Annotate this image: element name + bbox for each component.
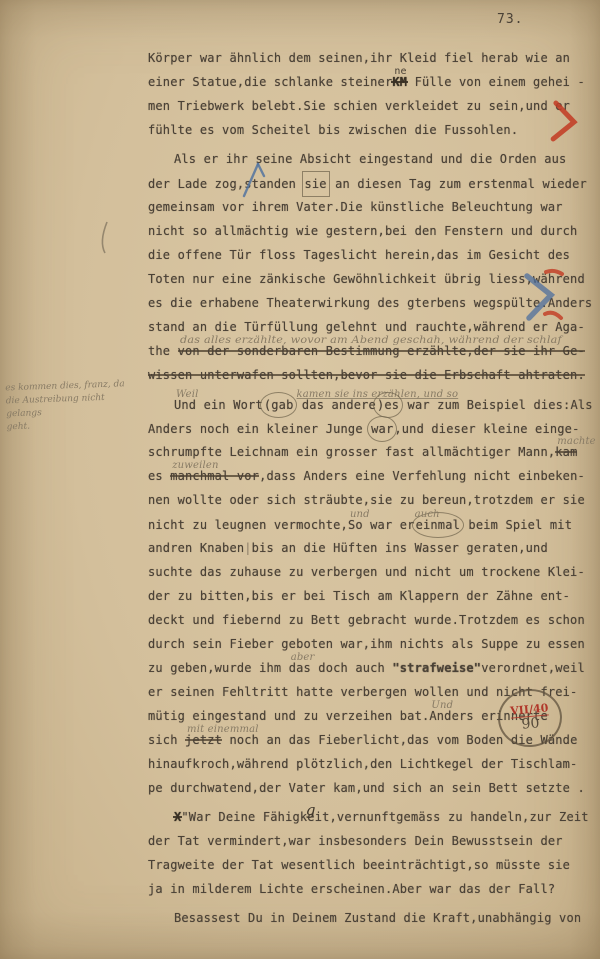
typed-line: deckt und fiebernd zu Bett gebracht wurd… bbox=[148, 608, 584, 632]
typed-line: schrumpfte Leichnam ein grosser fast all… bbox=[148, 440, 584, 464]
typed-segment-strike: jetztmit einemmal bbox=[185, 728, 222, 752]
typed-segment-strike: von der sonderbaren Bestimmung erzählte,… bbox=[178, 339, 585, 363]
typed-line: zu geben,wurde ihm dasaber doch auch "st… bbox=[148, 656, 584, 680]
typed-segment-strike: wissen unterwafen sollten,bevor sie die … bbox=[148, 363, 585, 387]
typescript: Körper war ähnlich dem seinen,ihr Kleid … bbox=[148, 46, 584, 930]
typed-segment: an diesen Tag zum erstenmal wieder bbox=[328, 172, 587, 196]
pencil-stroke-mark bbox=[94, 220, 112, 256]
typed-segment: Sound bbox=[348, 513, 363, 537]
typed-segment-bold: "strafweise" bbox=[392, 656, 481, 680]
typed-segment: schrumpfte Leichnam ein grosser fast all… bbox=[148, 440, 555, 464]
typed-segment-circled: )es bbox=[373, 392, 403, 418]
stamp-number: 90 bbox=[521, 716, 540, 732]
typed-segment-xout: X bbox=[174, 805, 181, 829]
typed-segment: war zum Beispiel dies:Als bbox=[400, 393, 593, 417]
typed-segment-strike: manchmal vorzuweilen bbox=[170, 464, 259, 488]
typed-segment: verordnet,weil bbox=[481, 656, 585, 680]
typed-segment: the bbox=[148, 339, 178, 363]
typed-segment: beim Spiel mit bbox=[461, 513, 572, 537]
paragraph: Körper war ähnlich dem seinen,ihr Kleid … bbox=[148, 46, 584, 142]
paragraph: Besassest Du in Deinem Zustand die Kraft… bbox=[148, 906, 584, 930]
typed-segment: "War Deine Fähig bbox=[181, 805, 299, 829]
typed-segment: einer Statue,die schlanke steiner bbox=[148, 70, 392, 94]
typed-segment: sich bbox=[148, 728, 185, 752]
typed-segment: doch auch bbox=[311, 656, 392, 680]
typed-line: X"War Deine Fähigkeitg,vernunftgemäss zu… bbox=[148, 805, 584, 829]
typed-line: stand an die Türfüllung gelehnt und rauc… bbox=[148, 315, 584, 339]
typed-line: Als er ihr seine Absicht eingestand und … bbox=[148, 147, 584, 171]
typed-segment-boxed: sie bbox=[302, 171, 330, 197]
typed-segment: andren Knaben bbox=[148, 536, 244, 560]
typed-segment: pe durchwatend,der Vater kam,und sich an… bbox=[148, 776, 585, 800]
typed-segment: deckt und fiebernd zu Bett gebracht wurd… bbox=[148, 608, 585, 632]
typed-segment: es die erhabene Theaterwirkung des gterb… bbox=[148, 291, 592, 315]
typed-segment: dasaber bbox=[289, 656, 311, 680]
typed-line: Körper war ähnlich dem seinen,ihr Kleid … bbox=[148, 46, 584, 70]
margin-handwritten-note: es kommen dies, franz, da die Austreibun… bbox=[5, 378, 143, 435]
typed-segment-pmark: | bbox=[244, 536, 251, 560]
typed-segment: ja in milderem Lichte erscheinen.Aber wa… bbox=[148, 877, 555, 901]
typed-segment-circled: (gab bbox=[260, 392, 298, 418]
typed-line: es die erhabene Theaterwirkung des gterb… bbox=[148, 291, 584, 315]
manuscript-page: { "page": { "number": "73." }, "colors":… bbox=[0, 0, 600, 959]
typed-segment: fühlte es vom Scheitel bis zwischen die … bbox=[148, 118, 518, 142]
typed-line: der zu bitten,bis er bei Tisch am Klappe… bbox=[148, 584, 584, 608]
typed-line: der Lade zog,standen sie an diesen Tag z… bbox=[148, 171, 584, 195]
typed-segment: AndersUnd bbox=[429, 704, 473, 728]
typed-segment-circled: war bbox=[367, 416, 397, 442]
typed-segment: nen wollte oder sich sträubte,sie zu ber… bbox=[148, 488, 585, 512]
typed-line: gemeinsam vor ihrem Vater.Die künstliche… bbox=[148, 195, 584, 219]
typed-segment-xout: KMne bbox=[392, 70, 407, 94]
typed-segment: nicht so allmächtig wie gestern,bei den … bbox=[148, 219, 577, 243]
handwritten-note: Weil bbox=[176, 390, 199, 400]
typed-line: nen wollte oder sich sträubte,sie zu ber… bbox=[148, 488, 584, 512]
page-number: 73. bbox=[497, 12, 523, 27]
typed-segment: ,vernunftgemäss zu handeln,zur Zeit bbox=[330, 805, 589, 829]
typed-line: Tragweite der Tat wesentlich beeinträcht… bbox=[148, 853, 584, 877]
typed-segment: Besassest Du in Deinem Zustand die Kraft… bbox=[174, 906, 581, 930]
typed-segment: keitg bbox=[300, 805, 330, 829]
typed-segment: Fülle von einem gehei - bbox=[407, 70, 585, 94]
typed-segment: Tragweite der Tat wesentlich beeinträcht… bbox=[148, 853, 570, 877]
typed-segment: Körper war ähnlich dem seinen,ihr Kleid … bbox=[148, 46, 570, 70]
typed-segment: gemeinsam vor ihrem Vater.Die künstliche… bbox=[148, 195, 563, 219]
paragraph: Als er ihr seine Absicht eingestand und … bbox=[148, 147, 584, 387]
handwritten-note: g bbox=[306, 805, 316, 815]
typed-segment: Als er ihr seine Absicht eingestand und … bbox=[174, 147, 566, 171]
typed-line: andren Knaben|bis an die Hüften ins Wass… bbox=[148, 536, 584, 560]
typed-segment: nicht zu leugnen vermochte, bbox=[148, 513, 348, 537]
typed-segment: Toten nur eine zänkische Gewöhnlichkeit … bbox=[148, 267, 585, 291]
typed-line: the von der sonderbaren Bestimmung erzäh… bbox=[148, 339, 584, 363]
typed-segment: durch sein Fieber geboten war,ihm nichts… bbox=[148, 632, 585, 656]
typed-segment: men Triebwerk belebt.Sie schien verkleid… bbox=[148, 94, 570, 118]
typed-segment: war er bbox=[363, 513, 415, 537]
typed-segment: es bbox=[148, 464, 170, 488]
typed-line: Toten nur eine zänkische Gewöhnlichkeit … bbox=[148, 267, 584, 291]
typed-segment: suchte das zuhause zu verbergen und nich… bbox=[148, 560, 585, 584]
typed-segment: hinaufkroch,während plötzlich,den Lichtk… bbox=[148, 752, 577, 776]
typed-line: ja in milderem Lichte erscheinen.Aber wa… bbox=[148, 877, 584, 901]
typed-segment: zu geben,wurde ihm bbox=[148, 656, 289, 680]
typed-line: nicht so allmächtig wie gestern,bei den … bbox=[148, 219, 584, 243]
typed-segment: ,und dieser kleine einge- bbox=[394, 417, 579, 441]
typed-segment-strike: kammachte bbox=[555, 440, 577, 464]
typed-segment: bis an die Hüften ins Wasser geraten,und bbox=[252, 536, 548, 560]
typed-line: die offene Tür floss Tageslicht herein,d… bbox=[148, 243, 584, 267]
paragraph: X"War Deine Fähigkeitg,vernunftgemäss zu… bbox=[148, 805, 584, 901]
typed-line: men Triebwerk belebt.Sie schien verkleid… bbox=[148, 94, 584, 118]
typed-segment: das anderekamen sie ins erzählen, und so bbox=[294, 393, 375, 417]
typed-line: Und ein WortWeil(gab das anderekamen sie… bbox=[148, 392, 584, 416]
typed-segment: Anders noch ein kleiner Junge bbox=[148, 417, 370, 441]
typed-line: Besassest Du in Deinem Zustand die Kraft… bbox=[148, 906, 584, 930]
typed-line: fühlte es vom Scheitel bis zwischen die … bbox=[148, 118, 584, 142]
typed-line: wissen unterwafen sollten,bevor sie die … bbox=[148, 363, 584, 387]
typed-segment: die offene Tür floss Tageslicht herein,d… bbox=[148, 243, 570, 267]
typed-segment: stand an die Türfüllung gelehnt und rauc… bbox=[148, 315, 585, 339]
typed-segment: der Tat vermindert,war insbesonders Dein… bbox=[148, 829, 563, 853]
typed-line: Anders noch ein kleiner Junge war,und di… bbox=[148, 416, 584, 440]
typed-line: hinaufkroch,während plötzlich,den Lichtk… bbox=[148, 752, 584, 776]
typed-segment: ,dass Anders eine Verfehlung nicht einbe… bbox=[259, 464, 585, 488]
typed-segment: Und ein WortWeil bbox=[174, 393, 263, 417]
typed-line: es manchmal vorzuweilen,dass Anders eine… bbox=[148, 464, 584, 488]
typed-segment-circled: einmalauch bbox=[412, 512, 464, 538]
typed-line: nicht zu leugnen vermochte,Sound war ere… bbox=[148, 512, 584, 536]
typed-line: der Tat vermindert,war insbesonders Dein… bbox=[148, 829, 584, 853]
typed-segment: mütig eingestand und zu verzeihen bat. bbox=[148, 704, 429, 728]
typed-line: suchte das zuhause zu verbergen und nich… bbox=[148, 560, 584, 584]
typed-line: pe durchwatend,der Vater kam,und sich an… bbox=[148, 776, 584, 800]
typed-line: durch sein Fieber geboten war,ihm nichts… bbox=[148, 632, 584, 656]
typed-segment: der Lade zog,standen bbox=[148, 172, 304, 196]
typed-segment: der zu bitten,bis er bei Tisch am Klappe… bbox=[148, 584, 570, 608]
typed-line: einer Statue,die schlanke steinerKMne Fü… bbox=[148, 70, 584, 94]
